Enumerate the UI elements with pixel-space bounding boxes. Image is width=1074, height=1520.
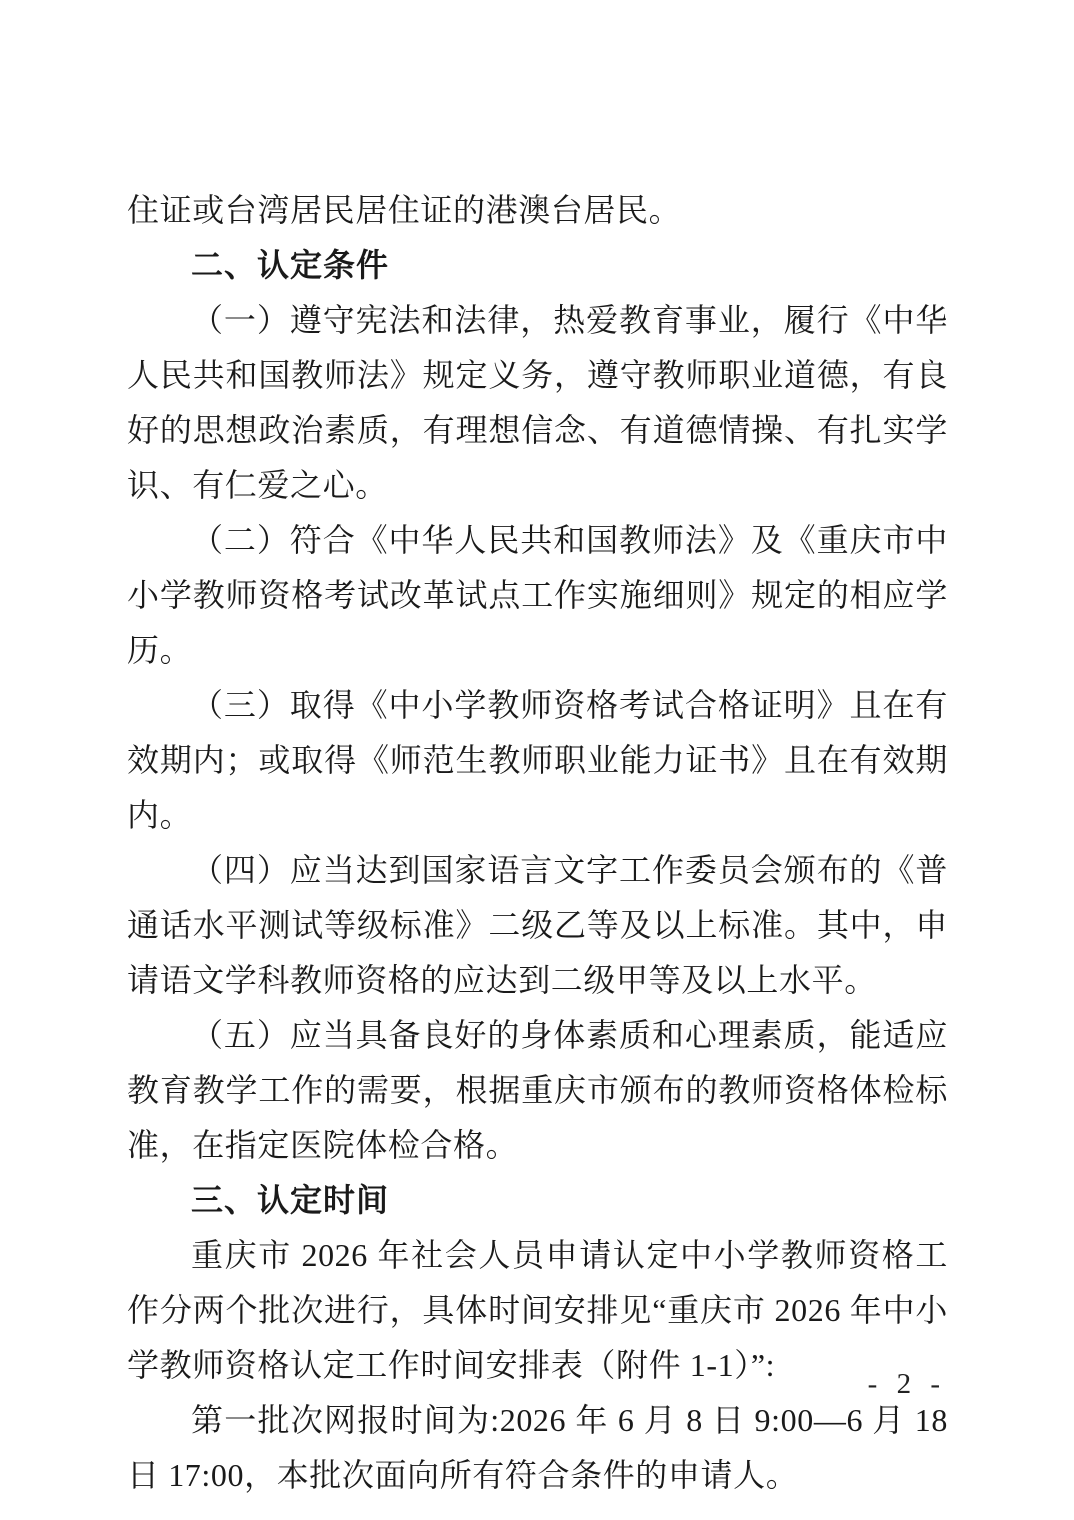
paragraph-condition-1: （一）遵守宪法和法律，热爱教育事业，履行《中华人民共和国教师法》规定义务，遵守教…	[127, 293, 948, 513]
section-heading-2-certification-conditions: 二、认定条件	[127, 238, 948, 293]
paragraph-condition-2: （二）符合《中华人民共和国教师法》及《重庆市中小学教师资格考试改革试点工作实施细…	[127, 513, 948, 678]
page-number: - 2 -	[868, 1368, 946, 1400]
document-body: 住证或台湾居民居住证的港澳台居民。 二、认定条件 （一）遵守宪法和法律，热爱教育…	[127, 183, 948, 1503]
section-heading-3-certification-time: 三、认定时间	[127, 1173, 948, 1228]
paragraph-continuation: 住证或台湾居民居住证的港澳台居民。	[127, 183, 948, 238]
paragraph-condition-3: （三）取得《中小学教师资格考试合格证明》且在有效期内；或取得《师范生教师职业能力…	[127, 678, 948, 843]
paragraph-condition-5: （五）应当具备良好的身体素质和心理素质，能适应教育教学工作的需要，根据重庆市颁布…	[127, 1008, 948, 1173]
paragraph-first-batch-schedule: 第一批次网报时间为:2026 年 6 月 8 日 9:00—6 月 18 日 1…	[127, 1393, 948, 1503]
document-page: 住证或台湾居民居住证的港澳台居民。 二、认定条件 （一）遵守宪法和法律，热爱教育…	[0, 0, 1074, 1520]
paragraph-time-overview: 重庆市 2026 年社会人员申请认定中小学教师资格工作分两个批次进行，具体时间安…	[127, 1228, 948, 1393]
paragraph-condition-4: （四）应当达到国家语言文字工作委员会颁布的《普通话水平测试等级标准》二级乙等及以…	[127, 843, 948, 1008]
